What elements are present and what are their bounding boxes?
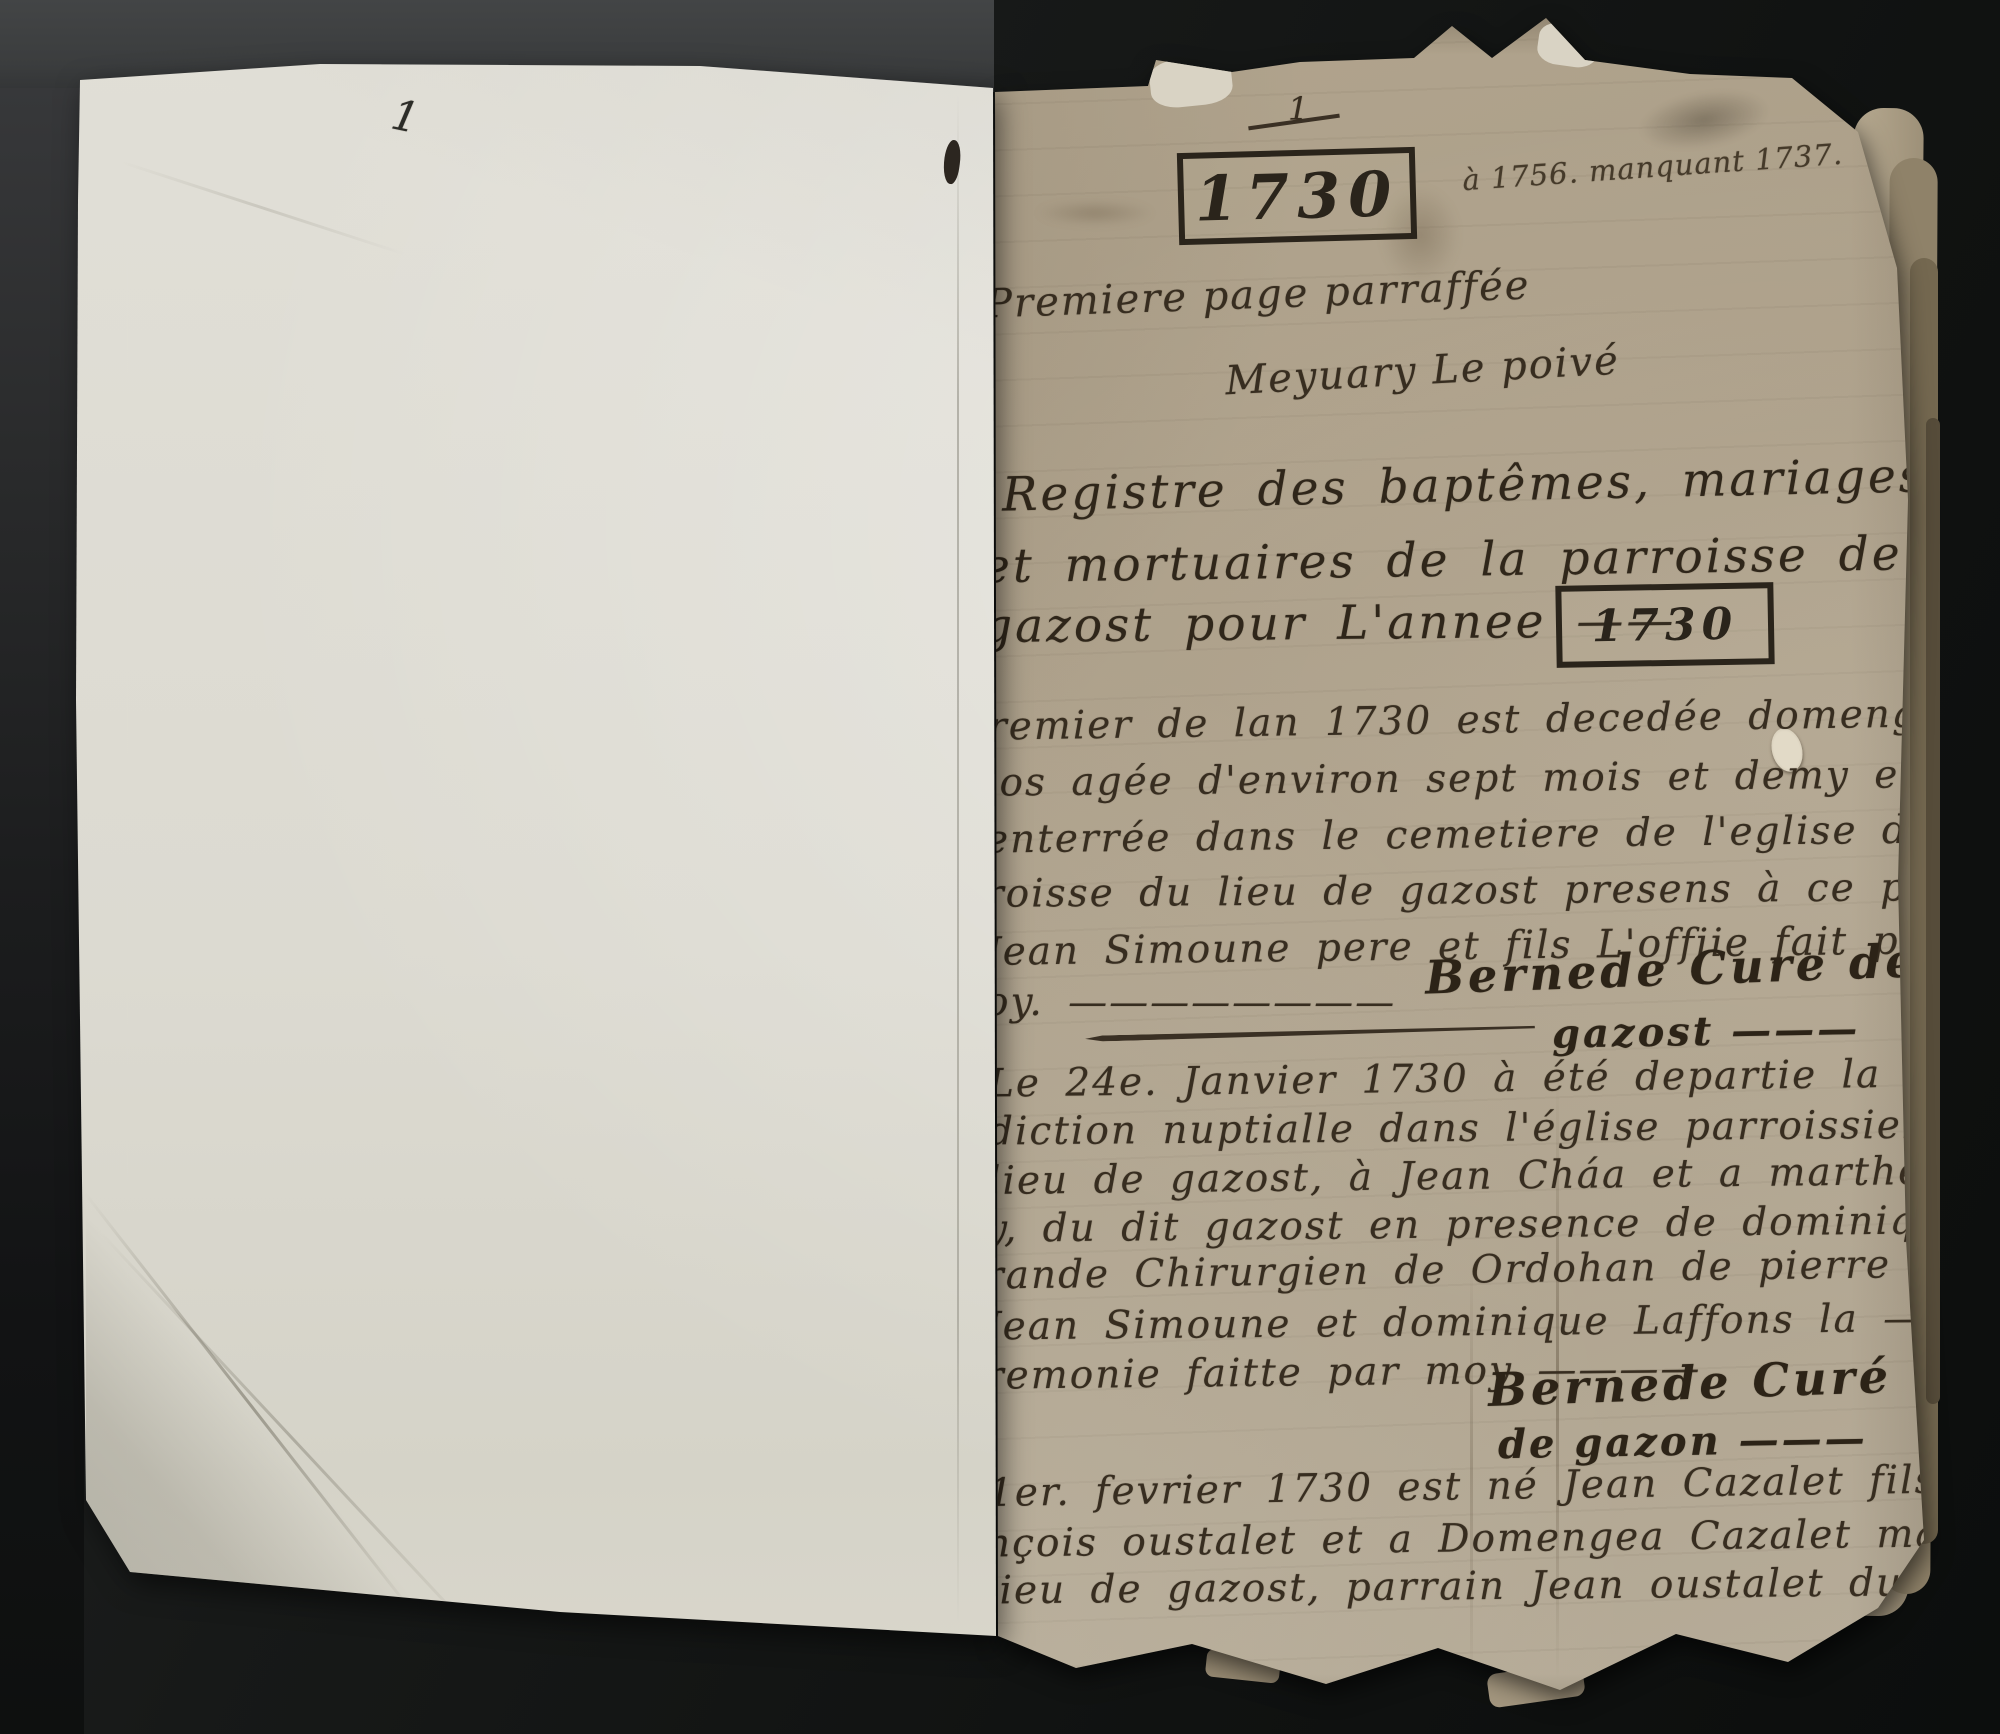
archival-register-scan: 1 1730 à 1756. manquant 1737. Premiere p… xyxy=(0,0,2000,1734)
paper-crease xyxy=(119,160,405,256)
ink-blot xyxy=(941,139,963,185)
left-page: 1 xyxy=(0,0,2000,1734)
left-page-wrapper: 1 xyxy=(0,0,2000,1734)
fold-shading xyxy=(86,1180,506,1640)
left-page-number: 1 xyxy=(387,90,425,144)
gutter-crease xyxy=(957,95,959,1625)
